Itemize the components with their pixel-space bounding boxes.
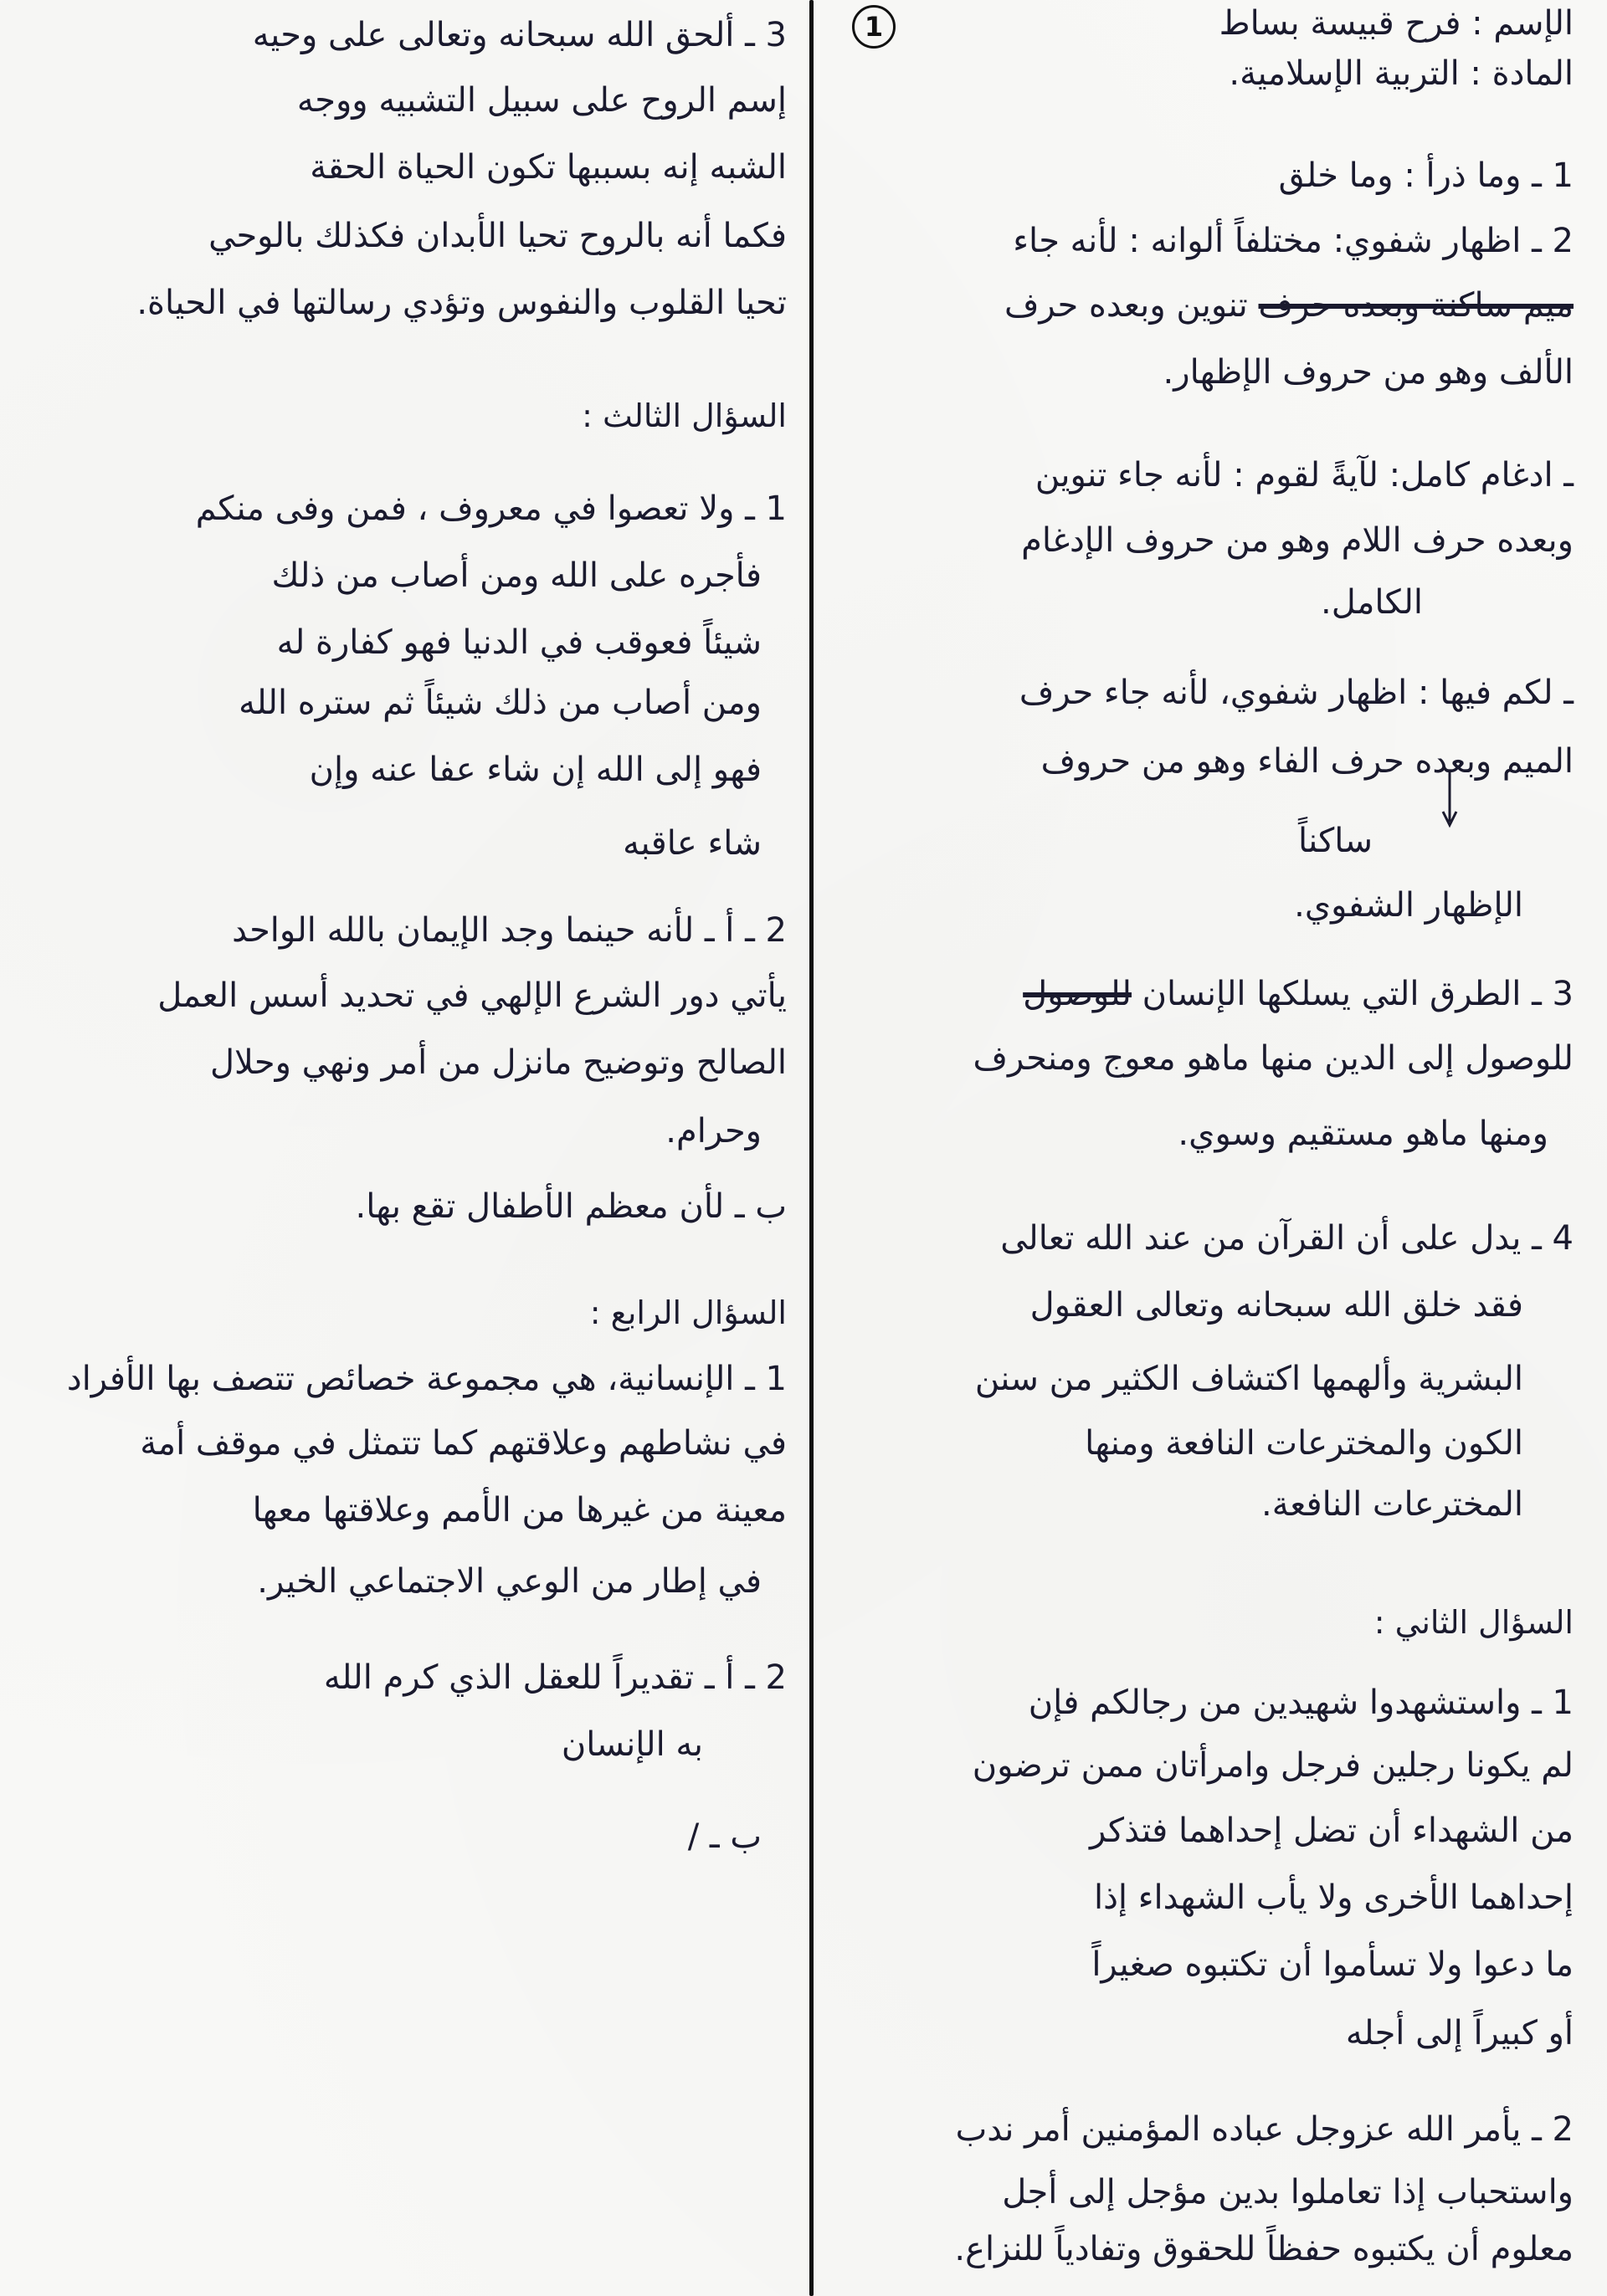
answer-line: 2 ـ يأمر الله عزوجل عباده المؤمنين أمر ن… <box>956 2113 1574 2146</box>
answer-line: فكما أنه بالروح تحيا الأبدان فكذلك بالوح… <box>208 219 787 253</box>
answer-line: واستحباب إذا تعاملوا بدين مؤجل إلى أجل <box>1002 2176 1574 2209</box>
answer-text: 3 ـ الطرق التي يسلكها الإنسان <box>1142 975 1574 1013</box>
section-heading: السؤال الثاني : <box>1374 1607 1574 1638</box>
answer-line: الكامل. <box>1321 586 1423 619</box>
answer-line: ومنها ماهو مستقيم وسوي. <box>1178 1117 1548 1151</box>
answer-line: الإظهار الشفوي. <box>1294 889 1523 922</box>
answer-line: إسم الروح على سبيل التشبيه ووجه <box>297 84 787 117</box>
answer-line: شاء عاقبه <box>623 827 762 860</box>
answer-line: 4 ـ يدل على أن القرآن من عند الله تعالى <box>1000 1222 1574 1255</box>
answer-line: 1 ـ ولا تعصوا في معروف ، فمن وفى منكم <box>196 492 787 525</box>
answer-line: ومن أصاب من ذلك شيئاً ثم ستره الله <box>239 686 762 720</box>
answer-line: الميم وبعده حرف الفاء وهو من حروف <box>1041 745 1574 778</box>
answer-line: 2 ـ أ ـ لأنه حينما وجد الإيمان بالله الو… <box>232 914 787 947</box>
answer-line: به الإنسان <box>562 1728 703 1761</box>
answer-line: في نشاطهم وعلاقتهم كما تتمثل في موقف أمة <box>140 1427 787 1460</box>
answer-line: فقد خلق الله سبحانه وتعالى العقول <box>1030 1289 1523 1322</box>
section-heading: السؤال الرابع : <box>590 1297 787 1329</box>
answer-line: وحرام. <box>665 1115 762 1148</box>
answer-line: ميم ساكنة وبعده حرف تنوين وبعده حرف <box>1004 289 1574 322</box>
answer-line: تحيا القلوب والنفوس وتؤدي رسالتها في الح… <box>136 286 787 320</box>
arrow-down-icon <box>1441 770 1458 828</box>
answer-line: الألف وهو من حروف الإظهار. <box>1163 356 1574 389</box>
answer-line: في إطار من الوعي الاجتماعي الخير. <box>257 1565 762 1598</box>
answer-line: 1 ـ واستشهدوا شهيدين من رجالكم فإن <box>1029 1686 1574 1719</box>
answer-line: الصالح وتوضيح مانزل من أمر ونهي وحلال <box>210 1046 787 1079</box>
answer-line: يأتي دور الشرع الإلهي في تحديد أسس العمل <box>157 979 787 1012</box>
answer-line: إحداهما الأخرى ولا يأب الشهداء إذا <box>1094 1881 1574 1914</box>
answer-line: ب ـ / <box>688 1820 762 1853</box>
answer-line: المخترعات النافعة. <box>1261 1488 1523 1521</box>
answer-line: 1 ـ الإنسانية، هي مجموعة خصائص تتصف بها … <box>67 1362 787 1396</box>
answer-line: ـ لكم فيها : اظهار شفوي، لأنه جاء حرف <box>1019 676 1574 710</box>
left-column: 3 ـ ألحق الله سبحانه وتعالى على وحيه إسم… <box>33 0 787 2296</box>
answer-line: ب ـ لأن معظم الأطفال تقع بها. <box>355 1190 787 1223</box>
answer-line: ما دعوا ولا تسأموا أن تكتبوه صغيراً <box>1091 1948 1574 1981</box>
answer-line: فهو إلى الله إن شاء عفا عنه وإن <box>310 753 762 787</box>
answer-text: تنوين وبعده حرف <box>1004 286 1248 325</box>
section-heading: السؤال الثالث : <box>582 400 787 432</box>
answer-line: 2 ـ اظهار شفوي: مختلفاً ألوانه : لأنه جا… <box>1013 224 1574 258</box>
answer-line: البشرية وألهمها اكتشاف الكثير من سنن <box>975 1362 1523 1396</box>
answer-line: 3 ـ ألحق الله سبحانه وتعالى على وحيه <box>253 18 787 52</box>
answer-line: للوصول إلى الدين منها ماهو معوج ومنحرف <box>973 1042 1574 1075</box>
answer-line: معلوم أن يكتبوه حفظاً للحقوق وتفادياً لل… <box>954 2232 1574 2266</box>
struck-text: ميم ساكنة وبعده حرف <box>1259 286 1574 325</box>
student-name-line: الإسم : فرح قبيسة بساط <box>1219 7 1574 40</box>
answer-line: وبعده حرف اللام وهو من حروف الإدغام <box>1021 524 1574 557</box>
answer-line: 3 ـ الطرق التي يسلكها الإنسان للوصول <box>1023 977 1574 1011</box>
answer-line: أو كبيراً إلى أجله <box>1346 2017 1574 2050</box>
answer-line: معينة من غيرها من الأمم وعلاقتها معها <box>253 1494 787 1527</box>
answer-line: 2 ـ أ ـ تقديراً للعقل الذي كرم الله <box>324 1661 787 1694</box>
answer-line: فأجره على الله ومن أصاب من ذلك <box>272 559 762 592</box>
answer-line: الكون والمخترعات النافعة ومنها <box>1085 1427 1523 1460</box>
answer-line: ساكناً <box>1298 824 1373 858</box>
right-column: الإسم : فرح قبيسة بساط المادة : التربية … <box>837 0 1574 2296</box>
answer-line: من الشهداء أن تضل إحداهما فتذكر <box>1090 1814 1574 1848</box>
answer-line: شيئاً فعوقب في الدنيا فهو كفارة له <box>277 626 762 659</box>
answer-line: الشبه إنه بسببها تكون الحياة الحقة <box>310 151 787 184</box>
subject-line: المادة : التربية الإسلامية. <box>1229 57 1574 90</box>
answer-line: لم يكونا رجلين فرجل وامرأتان ممن ترضون <box>973 1749 1574 1782</box>
column-divider <box>809 0 814 2296</box>
struck-text: للوصول <box>1023 975 1132 1013</box>
answer-line: ـ ادغام كامل: لآيةً لقوم : لأنه جاء تنوي… <box>1035 459 1574 492</box>
answer-line: 1 ـ وما ذرأ : وما خلق <box>1279 159 1574 192</box>
handwritten-answer-sheet: 1 الإسم : فرح قبيسة بساط المادة : التربي… <box>0 0 1607 2296</box>
